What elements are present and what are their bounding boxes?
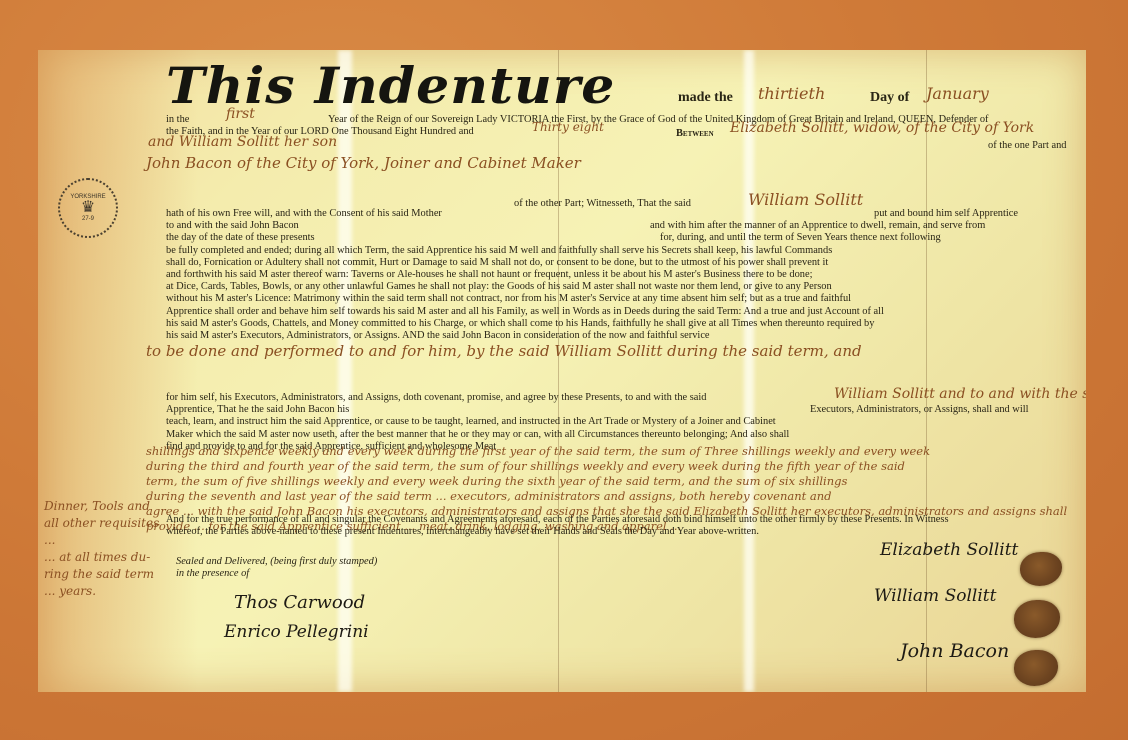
between-label: Between [676,128,714,140]
closing-line: whereof, the Parties above-named to thes… [166,526,949,538]
wages-line: shillings and sixpence weekly and every … [146,444,1067,459]
wages-line: during the third and fourth year of the … [146,459,1067,474]
header-line-prefix: in the [166,114,189,126]
margin-line: ... at all times du- [44,549,159,566]
body-line: Apprentice shall order and behave him se… [166,306,1066,318]
reign-year-handwritten: first [226,106,255,122]
witness-signature: Enrico Pellegrini [224,622,369,642]
witness-apprentice-handwritten: William Sollitt [748,190,863,209]
margin-line: all other requisites [44,515,159,532]
body-line: and with him after the manner of an Appr… [650,220,985,232]
made-the-label: made the [678,92,733,104]
body-line: and forthwith his said M aster thereof w… [166,269,1066,281]
body-line: without his M aster's Licence: Matrimony… [166,293,1066,305]
party-two-handwritten: John Bacon of the City of York, Joiner a… [146,154,581,172]
body-line: his said M aster's Executors, Administra… [166,330,1066,342]
covenant-line: Apprentice, That he the said John Bacon … [166,404,789,416]
month-handwritten: January [926,84,989,103]
duty-stamp: YORKSHIRE ♛ 27-9 [58,178,118,238]
party-one-son-handwritten: and William Sollitt her son [148,134,337,150]
wax-seal [1014,650,1058,686]
covenant-line: teach, learn, and instruct him the said … [166,416,789,428]
body-clauses: hath of his own Free will, and with the … [166,208,1066,342]
wax-seal [1020,552,1062,586]
margin-line: ring the said term [44,566,159,583]
day-handwritten: thirtieth [758,84,825,103]
closing-clauses: And for the true performance of all and … [166,514,949,538]
signature-elizabeth: Elizabeth Sollitt [880,540,1018,560]
body-line: shall do, Fornication or Adultery shall … [166,257,1066,269]
body-line: for, during, and until the term of Seven… [660,232,941,244]
crown-icon: ♛ [81,200,95,216]
photo-glare [744,50,754,692]
party-one-handwritten: Elizabeth Sollitt, widow, of the City of… [730,120,1034,136]
sealed-delivered-label: Sealed and Delivered, (being first duly … [176,556,377,568]
covenant-line: Executors, Administrators, or Assigns, s… [810,404,1028,416]
margin-line: ... [44,532,159,549]
wages-line: term, the sum of five shillings weekly a… [146,474,1067,489]
body-line: put and bound him self Apprentice [874,208,1018,220]
closing-line: And for the true performance of all and … [166,514,949,526]
covenant-line: Maker which the said M aster now useth, … [166,429,789,441]
witness-signature: Thos Carwood [234,592,365,613]
presence-label: in the presence of [176,568,249,580]
body-line: be fully completed and ended; during all… [166,245,1066,257]
wages-line: during the seventh and last year of the … [146,489,1067,504]
covenant-handwritten: William Sollitt and to and with the said [834,386,1086,402]
margin-line: Dinner, Tools and [44,498,159,515]
stamp-bottom-text: 27-9 [82,216,94,222]
signature-william: William Sollitt [874,586,996,606]
day-of-label: Day of [870,92,909,104]
margin-line: ... years. [44,583,159,600]
one-part-label: of the one Part and [988,140,1066,152]
body-line: his said M aster's Goods, Chattels, and … [166,318,1066,330]
body-line: at Dice, Cards, Tables, Bowls, or any ot… [166,281,1066,293]
year-handwritten: Thirty eight [532,120,604,134]
wax-seal [1014,600,1060,638]
indenture-document: This Indenture made the thirtieth Day of… [38,50,1086,692]
covenant-line: for him self, his Executors, Administrat… [166,392,789,404]
service-handwritten: to be done and performed to and for him,… [146,342,862,360]
margin-note: Dinner, Tools and all other requisites .… [44,498,159,600]
paper-fold [558,50,559,692]
signature-john: John Bacon [900,640,1009,662]
